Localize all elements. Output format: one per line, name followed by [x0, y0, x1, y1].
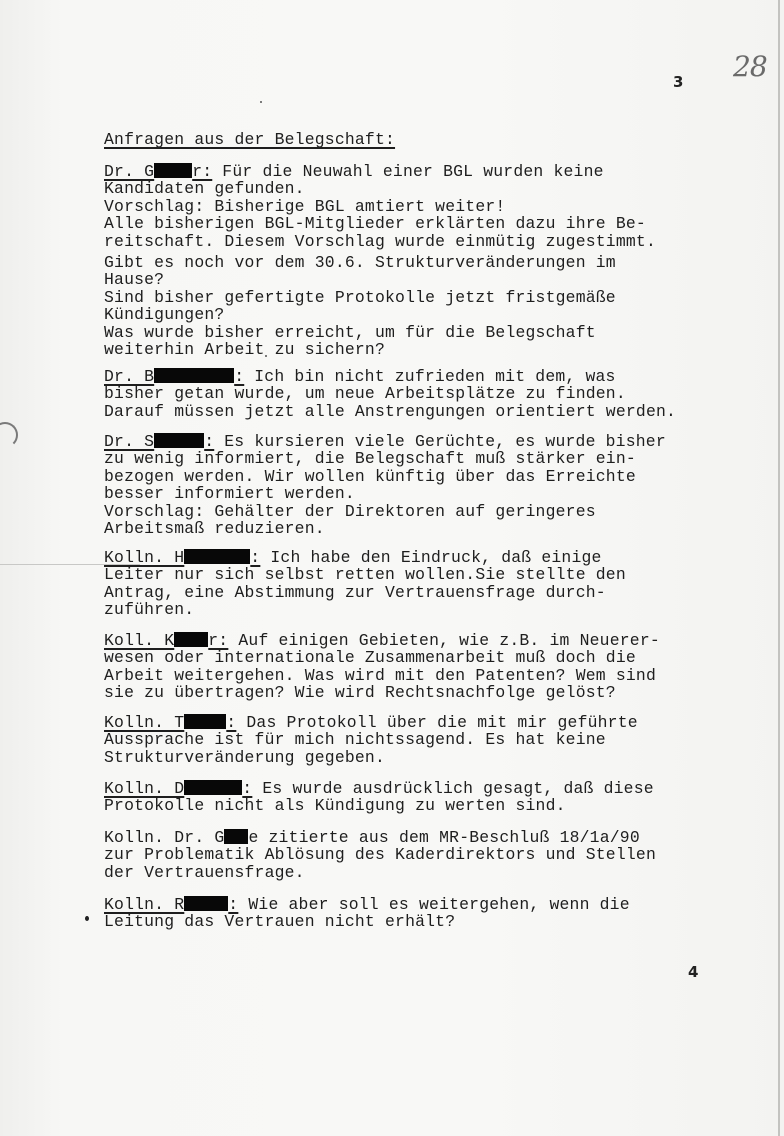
- handwritten-folio-number: 28: [733, 50, 767, 83]
- speaker-label: Kolln. Dr. Ge: [104, 828, 258, 847]
- redaction-bar: [224, 829, 248, 844]
- speaker-label: Kolln. D:: [104, 779, 252, 798]
- redaction-bar: [184, 714, 226, 729]
- speaker-label: Kolln. T:: [104, 713, 236, 732]
- speaker-label: Koll. Kr:: [104, 631, 228, 650]
- redaction-bar: [184, 780, 242, 795]
- entry-dr-b: Dr. B: Ich bin nicht zufrieden mit dem, …: [104, 368, 704, 420]
- redaction-bar: [154, 433, 204, 448]
- entry-kolln-h: Kolln. H: Ich habe den Eindruck, daß ein…: [104, 549, 704, 619]
- speaker-label: Dr. Gr:: [104, 162, 212, 181]
- punch-hole: [0, 422, 18, 448]
- ink-speck: [85, 916, 89, 921]
- page-number-bottom: 4: [688, 963, 698, 981]
- speaker-label: Kolln. R:: [104, 895, 238, 914]
- speaker-label: Dr. B:: [104, 367, 244, 386]
- redaction-bar: [184, 896, 228, 911]
- document-page: 3 28 Anfragen aus der Belegschaft: Dr. G…: [0, 0, 784, 1136]
- speaker-label: Kolln. H:: [104, 548, 260, 567]
- entry-kolln-d: Kolln. D: Es wurde ausdrücklich gesagt, …: [104, 780, 704, 815]
- redaction-bar: [174, 632, 208, 647]
- section-heading: Anfragen aus der Belegschaft:: [104, 131, 704, 148]
- speaker-label: Dr. S:: [104, 432, 214, 451]
- redaction-bar: [184, 549, 250, 564]
- ink-speck: [265, 355, 267, 357]
- ink-speck: [260, 101, 262, 103]
- entry-dr-s: Dr. S: Es kursieren viele Gerüchte, es w…: [104, 433, 704, 537]
- page-number-top: 3: [673, 73, 683, 91]
- entry-koll-k: Koll. Kr: Auf einigen Gebieten, wie z.B.…: [104, 632, 704, 702]
- entry-kolln-dr-g: Kolln. Dr. Ge zitierte aus dem MR-Beschl…: [104, 829, 704, 881]
- entry-kolln-r: Kolln. R: Wie aber soll es weitergehen, …: [104, 896, 704, 931]
- page-edge: [778, 0, 780, 1136]
- redaction-bar: [154, 163, 192, 178]
- redaction-bar: [154, 368, 234, 383]
- entry-questions: Gibt es noch vor dem 30.6. Strukturverän…: [104, 254, 704, 358]
- entry-kolln-t: Kolln. T: Das Protokoll über die mit mir…: [104, 714, 704, 766]
- entry-dr-g-bgl: Dr. Gr: Für die Neuwahl einer BGL wurden…: [104, 163, 704, 250]
